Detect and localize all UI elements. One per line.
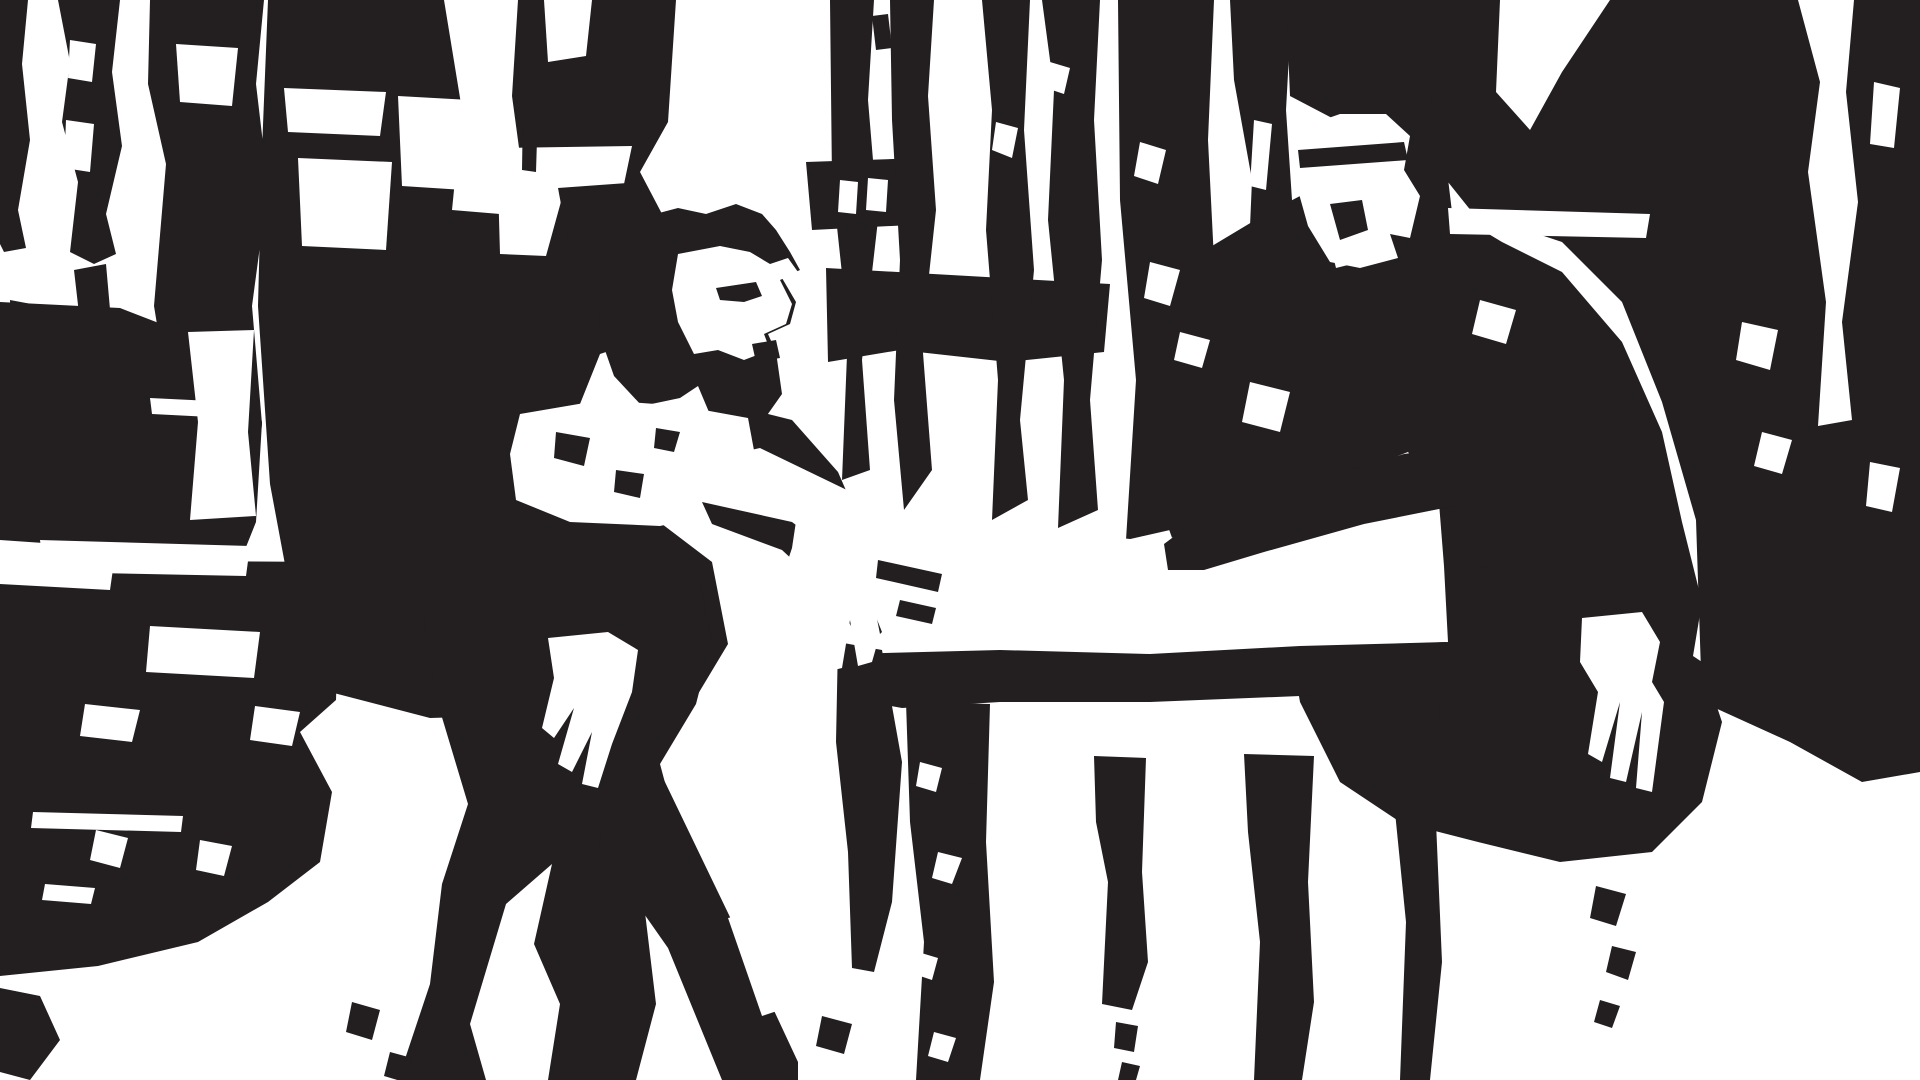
mass-hole-1 — [284, 88, 386, 136]
stripe2-hole-2 — [64, 120, 94, 172]
film-still-figure — [0, 0, 1920, 1080]
stove-side-highlight — [0, 540, 116, 590]
stripe2-hole-1 — [68, 40, 96, 82]
wall-gap-top — [544, 0, 592, 62]
film-still-svg — [0, 0, 1920, 1080]
mass-hole-3 — [398, 96, 470, 190]
screenshot-root — [0, 0, 1920, 1080]
mass-hole-2 — [298, 158, 392, 250]
window-in-mass — [188, 330, 256, 520]
hat-bump — [558, 182, 642, 264]
stripe3-hole — [176, 44, 238, 106]
